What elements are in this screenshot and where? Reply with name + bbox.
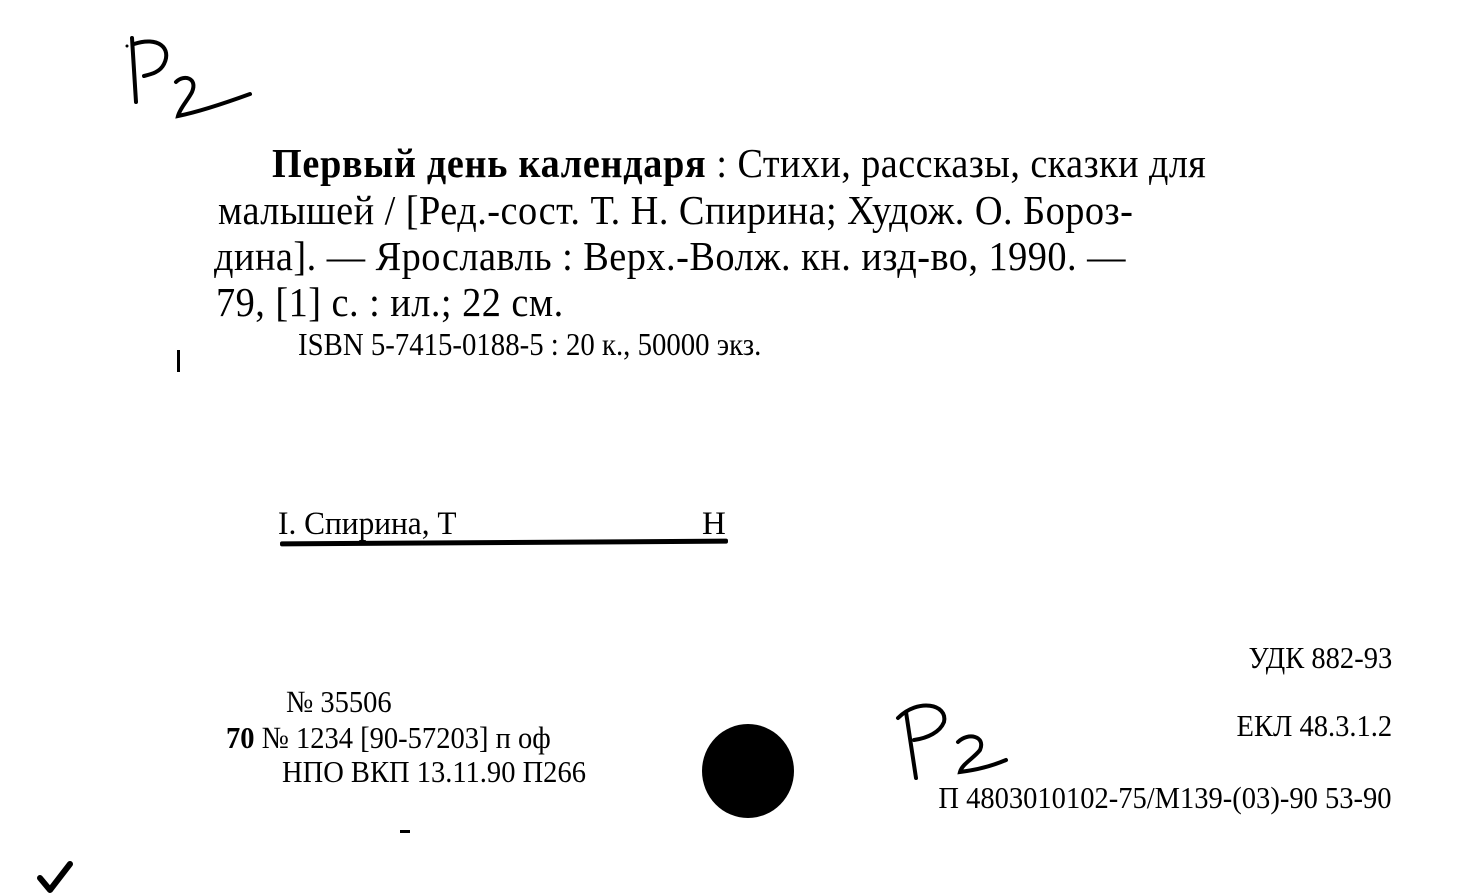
title-subtitle: : Стихи, рассказы, сказки для xyxy=(706,140,1206,186)
handwritten-shelf-mark-bottom xyxy=(888,698,1018,788)
imprint-order-prefix: 70 xyxy=(226,720,255,755)
imprint-number: № 35506 xyxy=(286,686,392,717)
speck-mark xyxy=(177,350,180,372)
speck-mark xyxy=(400,830,410,833)
description-line-4: 79, [1] с. : ил.; 22 см. xyxy=(216,282,564,323)
description-line-2: малышей / [Ред.-сост. Т. Н. Спирина; Худ… xyxy=(218,190,1133,231)
isbn-line: ISBN 5-7415-0188-5 : 20 к., 50000 экз. xyxy=(298,326,761,363)
publishing-index-code: П 4803010102-75/М139-(03)-90 53-90 xyxy=(939,780,1392,816)
udc-code: УДК 882-93 xyxy=(1248,640,1392,676)
imprint-printer: НПО ВКП 13.11.90 П266 xyxy=(282,756,586,787)
description-line-3: дина]. — Ярославль : Верх.-Волж. кн. изд… xyxy=(214,236,1126,277)
imprint-order: № 1234 [90-57203] п оф xyxy=(262,720,551,755)
ekl-code: ЕКЛ 48.3.1.2 xyxy=(1236,708,1392,744)
punched-hole xyxy=(702,724,794,818)
checkmark-icon xyxy=(36,860,76,896)
handwritten-shelf-mark-top xyxy=(118,30,258,130)
imprint-order-line: 70 № 1234 [90-57203] п оф xyxy=(226,722,551,753)
catalog-card: P2 Первый день календаря : Стихи, расска… xyxy=(0,0,1462,896)
description-line-1: Первый день календаря : Стихи, рассказы,… xyxy=(272,143,1206,184)
book-title: Первый день календаря xyxy=(272,140,706,186)
tracing-initial: Н xyxy=(702,506,726,543)
tracing-entry: I. Спирина, Т xyxy=(278,506,457,543)
